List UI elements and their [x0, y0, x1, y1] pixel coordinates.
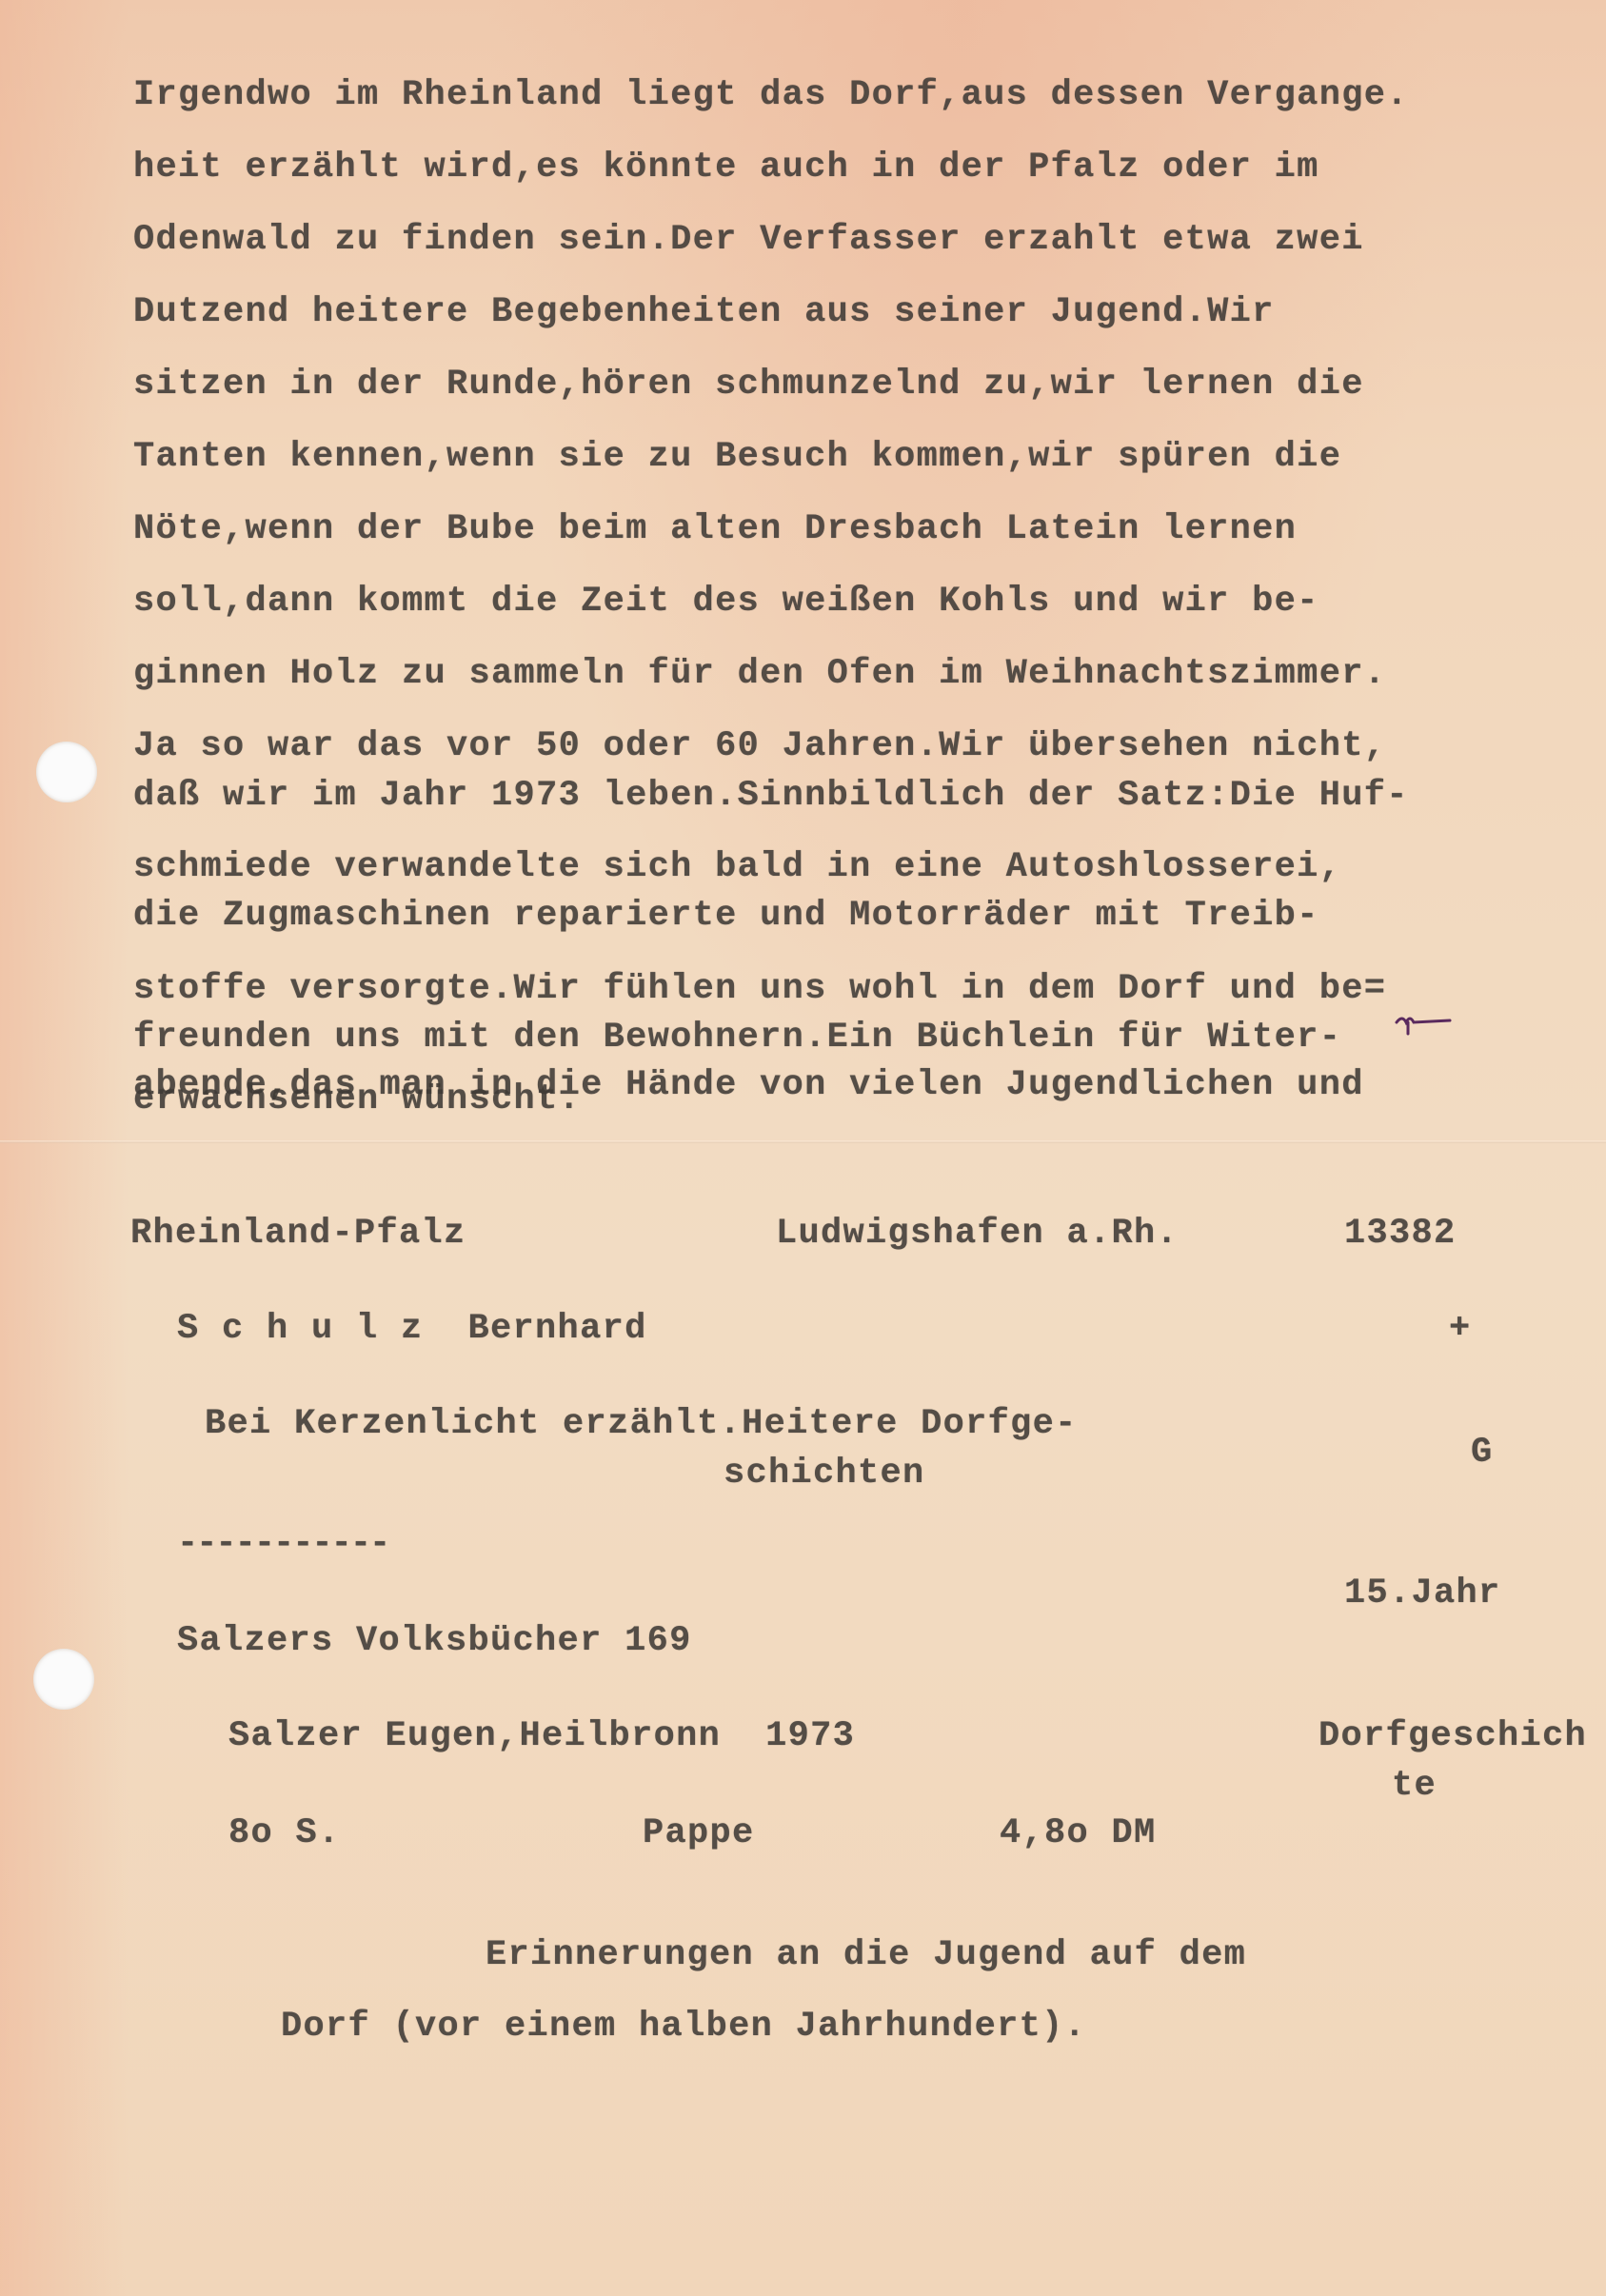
typed-document-page: Irgendwo im Rheinland liegt das Dorf,aus… — [0, 0, 1606, 2296]
binding: Pappe — [643, 1816, 755, 1851]
paragraph-line: Nöte,wenn der Bube beim alten Dresbach L… — [133, 512, 1297, 547]
price: 4,8o DM — [1000, 1816, 1157, 1851]
paragraph-line: Tanten kennen,wenn sie zu Besuch kommen,… — [133, 440, 1341, 475]
paragraph-line: die Zugmaschinen reparierte und Motorräd… — [133, 899, 1319, 934]
paragraph-line: heit erzählt wird,es könnte auch in der … — [133, 150, 1319, 186]
publisher: Salzer Eugen,Heilbronn 1973 — [228, 1719, 855, 1754]
paragraph-line: Ja so war das vor 50 oder 60 Jahren.Wir … — [133, 729, 1386, 764]
punch-hole-bottom — [33, 1649, 94, 1710]
paragraph-line: soll,dann kommt die Zeit des weißen Kohl… — [133, 584, 1319, 620]
genre-line-2: te — [1392, 1769, 1437, 1804]
paragraph-line: schmiede verwandelte sich bald in eine A… — [133, 850, 1341, 885]
paragraph-line: Odenwald zu finden sein.Der Verfasser er… — [133, 223, 1364, 258]
category-letter: G — [1471, 1435, 1494, 1471]
catalog-number: 13382 — [1344, 1217, 1457, 1252]
paragraph-line: sitzen in der Runde,hören schmunzelnd zu… — [133, 367, 1364, 403]
age-recommendation: 15.Jahr — [1344, 1576, 1501, 1612]
handwritten-correction-mark — [1395, 1013, 1461, 1036]
paragraph-line: freunden uns mit den Bewohnern.Ein Büchl… — [133, 1020, 1341, 1056]
punch-hole-top — [36, 742, 97, 802]
summary-line-1: Erinnerungen an die Jugend auf dem — [486, 1938, 1246, 1973]
author: S c h u l z Bernhard — [177, 1312, 647, 1347]
paper-fold-line — [0, 1140, 1606, 1143]
paragraph-line: daß wir im Jahr 1973 leben.Sinnbildlich … — [133, 779, 1409, 814]
paragraph-line: Irgendwo im Rheinland liegt das Dorf,aus… — [133, 78, 1409, 113]
title-line-2: schichten — [724, 1456, 925, 1492]
paragraph-line: Dutzend heitere Begebenheiten aus seiner… — [133, 295, 1275, 330]
genre-line-1: Dorfgeschich — [1319, 1719, 1587, 1754]
paragraph-line: ginnen Holz zu sammeln für den Ofen im W… — [133, 657, 1386, 692]
page-count: 8o S. — [228, 1816, 341, 1851]
author-mark: + — [1449, 1312, 1472, 1347]
city: Ludwigshafen a.Rh. — [776, 1217, 1179, 1252]
region: Rheinland-Pfalz — [130, 1217, 466, 1252]
separator-dashes: ----------- — [177, 1527, 388, 1562]
paragraph-line: erwachsenen wünscht. — [133, 1082, 581, 1118]
series: Salzers Volksbücher 169 — [177, 1624, 692, 1659]
title-line-1: Bei Kerzenlicht erzählt.Heitere Dorfge- — [205, 1407, 1078, 1442]
paragraph-line: stoffe versorgte.Wir fühlen uns wohl in … — [133, 972, 1386, 1007]
summary-line-2: Dorf (vor einem halben Jahrhundert). — [281, 2009, 1086, 2045]
